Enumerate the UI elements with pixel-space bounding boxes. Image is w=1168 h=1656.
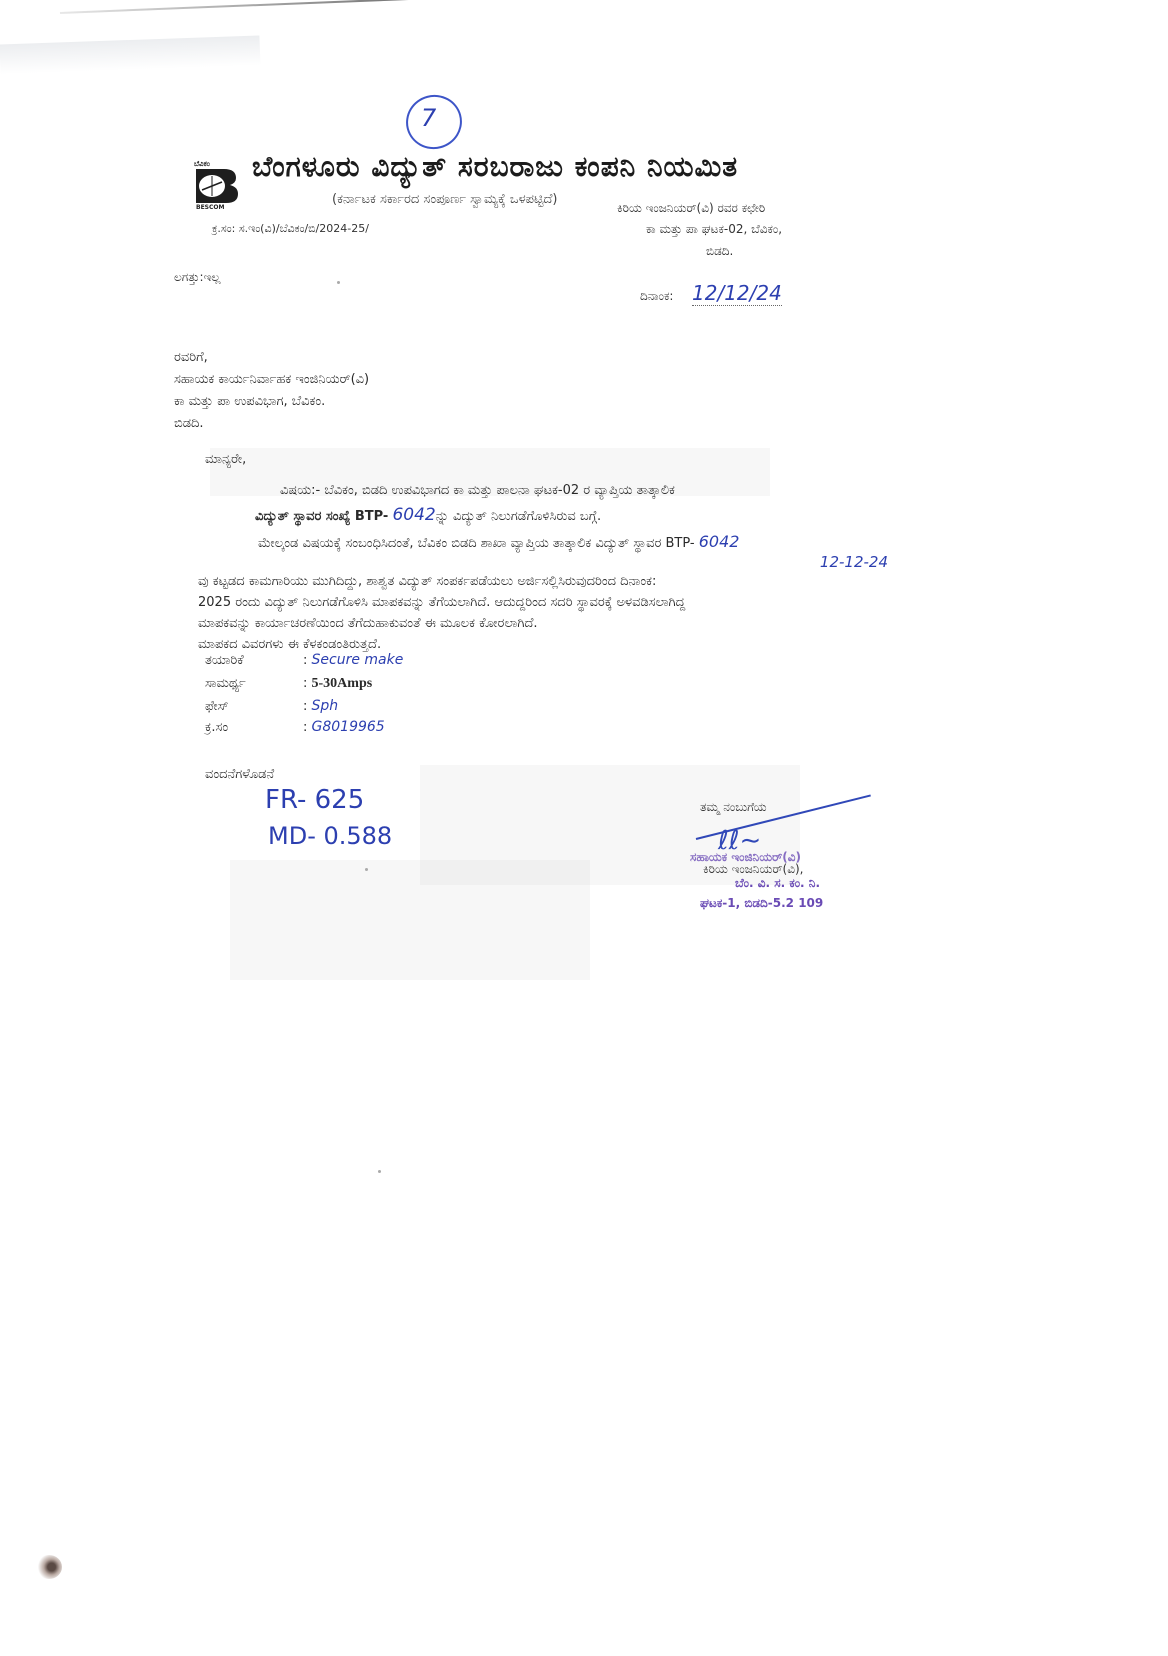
meter-detail-row: ಸಾಮರ್ಥ್ಯ: 5-30Amps [205, 676, 372, 692]
meter-detail-row: ತಯಾರಿಕೆ: Secure make [205, 652, 403, 668]
subject-line-2-suffix: ನ್ನು ವಿದ್ಯುತ್ ನಿಲುಗಡೆಗೊಳಿಸಿರುವ ಬಗ್ಗೆ. [436, 509, 601, 524]
body-line-2: ವು ಕಟ್ಟಡದ ಕಾಮಗಾರಿಯು ಮುಗಿದಿದ್ದು, ಶಾಶ್ವತ ವ… [198, 574, 656, 589]
speck [365, 868, 368, 871]
handwritten-fr: FR- 625 [265, 785, 364, 815]
meter-detail-row: ಫೇಸ್: Sph [205, 698, 338, 714]
bescom-logo: ಬೆವಿಕಂ BESCOM [190, 158, 242, 210]
designation: ಕಿರಿಯ ಇಂಜನಿಯರ್(ವಿ), [703, 862, 803, 877]
meter-detail-label: ಕ್ರ.ಸಂ [205, 720, 303, 735]
bescom-logo-icon: ಬೆವಿಕಂ BESCOM [190, 158, 242, 210]
reference-number: ಕ್ರ.ಸಂ: ಸ.ಇಂ(ವಿ)/ಬೆವಿಕಂ/ಬಿ/2024-25/ [212, 222, 369, 236]
body-line-2-date: 12-12-24 [198, 553, 888, 571]
body-line-3: 2025 ರಂದು ವಿದ್ಯುತ್ ನಿಲುಗಡೆಗೊಳಿಸಿ ಮಾಪಕವನ್… [198, 595, 685, 610]
office-line-1: ಕಿರಿಯ ಇಂಜನಿಯರ್(ವಿ) ರವರ ಕಛೇರಿ [617, 201, 765, 216]
speck [337, 281, 340, 284]
body-line-4: ಮಾಪಕವನ್ನು ಕಾರ್ಯಾಚರಣೆಯಿಂದ ತೆಗೆದುಹಾಕುವಂತೆ … [198, 616, 538, 631]
stamp-line-3: ಘಟಕ-1, ಬಿಡದಿ-5.2 109 [700, 896, 823, 911]
body-line-5: ಮಾಪಕದ ವಿವರಗಳು ಈ ಕೆಳಕಂಡಂತಿರುತ್ತದೆ. [198, 637, 381, 652]
body-line-1-text: ಮೇಲ್ಕಂಡ ವಿಷಯಕ್ಕೆ ಸಂಬಂಧಿಸಿದಂತೆ, ಬೆವಿಕಂ ಬಿ… [258, 536, 695, 551]
disconnection-date: 12-12-24 [820, 553, 888, 571]
body-installation-number: 6042 [699, 532, 740, 551]
bleed-through [230, 860, 590, 980]
enclosure: ಲಗತ್ತು:ಇಲ್ಲ [174, 270, 221, 285]
meter-detail-value: Sph [312, 698, 339, 714]
subject-line-2: ವಿದ್ಯುತ್ ಸ್ಥಾವರ ಸಂಖ್ಯೆ BTP- 6042ನ್ನು ವಿದ… [255, 505, 601, 525]
yours-faithfully: ತಮ್ಮ ನಂಬುಗೆಯ [700, 800, 767, 815]
separator: : [303, 676, 312, 691]
company-name: ಬೆಂಗಳೂರು ವಿದ್ಯುತ್ ಸರಬರಾಜು ಕಂಪನಿ ನಿಯಮಿತ [252, 150, 738, 184]
meter-detail-label: ಸಾಮರ್ಥ್ಯ [205, 676, 303, 691]
greeting: ಮಾನ್ಯರೇ, [205, 452, 246, 467]
scan-shadow [0, 35, 260, 74]
separator: : [303, 699, 312, 714]
meter-detail-label: ಫೇಸ್ [205, 699, 303, 714]
meter-detail-label: ತಯಾರಿಕೆ [205, 653, 303, 668]
recipient-line-2: ಕಾ ಮತ್ತು ಪಾ ಉಪವಿಭಾಗ, ಬೆವಿಕಂ. [174, 394, 325, 409]
closing: ವಂದನೆಗಳೊಡನೆ [205, 767, 274, 782]
subject-line-2-prefix: ವಿದ್ಯುತ್ ಸ್ಥಾವರ ಸಂಖ್ಯೆ BTP- [255, 509, 388, 524]
page-mark: 7 [421, 104, 436, 132]
handwritten-md: MD- 0.588 [268, 822, 392, 850]
stamp-line-2: ಬೆಂ. ವಿ. ಸ. ಕಂ. ನಿ. [735, 876, 820, 891]
company-subtitle: (ಕರ್ನಾಟಕ ಸರ್ಕಾರದ ಸಂಪೂರ್ಣ ಸ್ವಾಮ್ಯಕ್ಕೆ ಒಳಪ… [332, 192, 557, 207]
recipient-line-1: ಸಹಾಯಕ ಕಾರ್ಯನಿರ್ವಾಹಕ ಇಂಜಿನಿಯರ್(ವಿ) [174, 372, 369, 387]
scan-blot [36, 1555, 62, 1579]
date-value: 12/12/24 [692, 281, 782, 306]
recipient-to: ರವರಿಗೆ, [174, 350, 208, 365]
scan-edge-line [60, 0, 899, 14]
svg-text:BESCOM: BESCOM [196, 204, 224, 210]
subject-line-1: ವಿಷಯ:- ಬೆವಿಕಂ, ಬಿಡದಿ ಉಪವಿಭಾಗದ ಕಾ ಮತ್ತು ಪ… [280, 483, 675, 498]
meter-detail-value: 5-30Amps [312, 676, 373, 691]
recipient-line-3: ಬಿಡದಿ. [174, 416, 204, 431]
speck [378, 1170, 381, 1173]
office-line-3: ಬಿಡದಿ. [706, 244, 733, 259]
installation-number: 6042 [392, 505, 435, 525]
meter-detail-row: ಕ್ರ.ಸಂ: G8019965 [205, 719, 385, 735]
separator: : [303, 720, 312, 735]
meter-detail-value: G8019965 [312, 719, 385, 735]
date-label: ದಿನಾಂಕ: [640, 289, 673, 304]
meter-detail-value: Secure make [312, 652, 404, 668]
body-line-1: ಮೇಲ್ಕಂಡ ವಿಷಯಕ್ಕೆ ಸಂಬಂಧಿಸಿದಂತೆ, ಬೆವಿಕಂ ಬಿ… [258, 532, 739, 551]
office-line-2: ಕಾ ಮತ್ತು ಪಾ ಘಟಕ-02, ಬೆವಿಕಂ, [646, 222, 782, 237]
separator: : [303, 653, 312, 668]
svg-text:ಬೆವಿಕಂ: ಬೆವಿಕಂ [194, 160, 210, 168]
